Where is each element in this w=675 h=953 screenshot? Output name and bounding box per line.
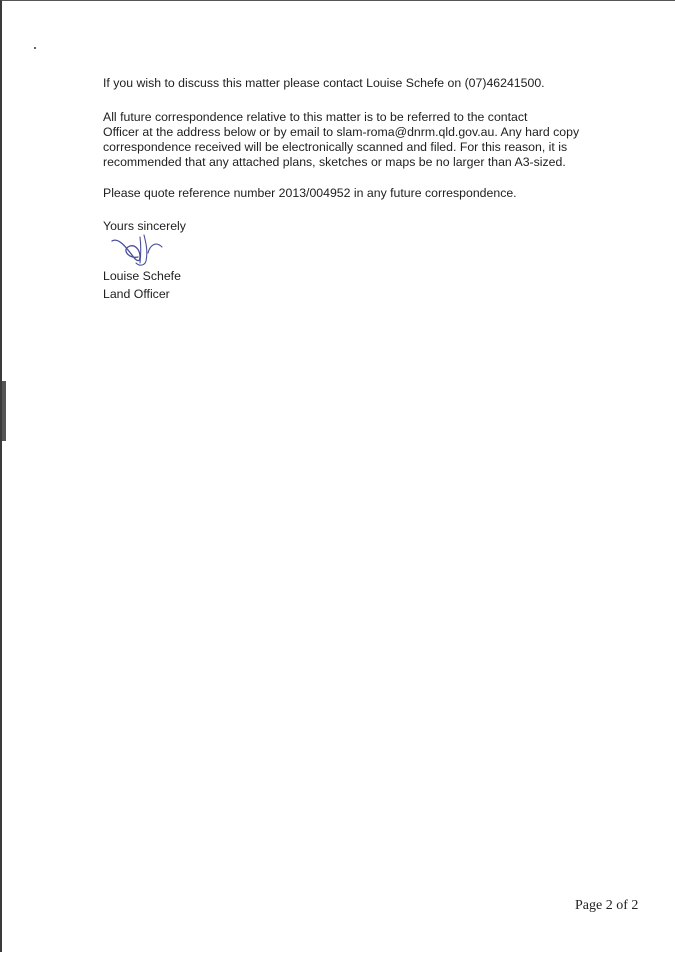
signatory-name: Louise Schefe: [103, 269, 603, 284]
document-page: If you wish to discuss this matter pleas…: [0, 0, 675, 952]
signatory-title: Land Officer: [103, 287, 603, 302]
signature-icon: [110, 233, 165, 269]
reference-paragraph: Please quote reference number 2013/00495…: [103, 186, 603, 201]
scan-edge-shadow: [2, 381, 6, 441]
correspondence-line: correspondence received will be electron…: [103, 140, 603, 155]
closing-salutation: Yours sincerely: [103, 219, 603, 234]
scan-speck: [34, 47, 36, 49]
correspondence-paragraph: All future correspondence relative to th…: [103, 110, 603, 170]
correspondence-line: recommended that any attached plans, ske…: [103, 155, 603, 170]
contact-paragraph: If you wish to discuss this matter pleas…: [103, 76, 603, 91]
correspondence-line: Officer at the address below or by email…: [103, 125, 603, 140]
page-number: Page 2 of 2: [575, 898, 638, 914]
correspondence-line: All future correspondence relative to th…: [103, 110, 603, 125]
